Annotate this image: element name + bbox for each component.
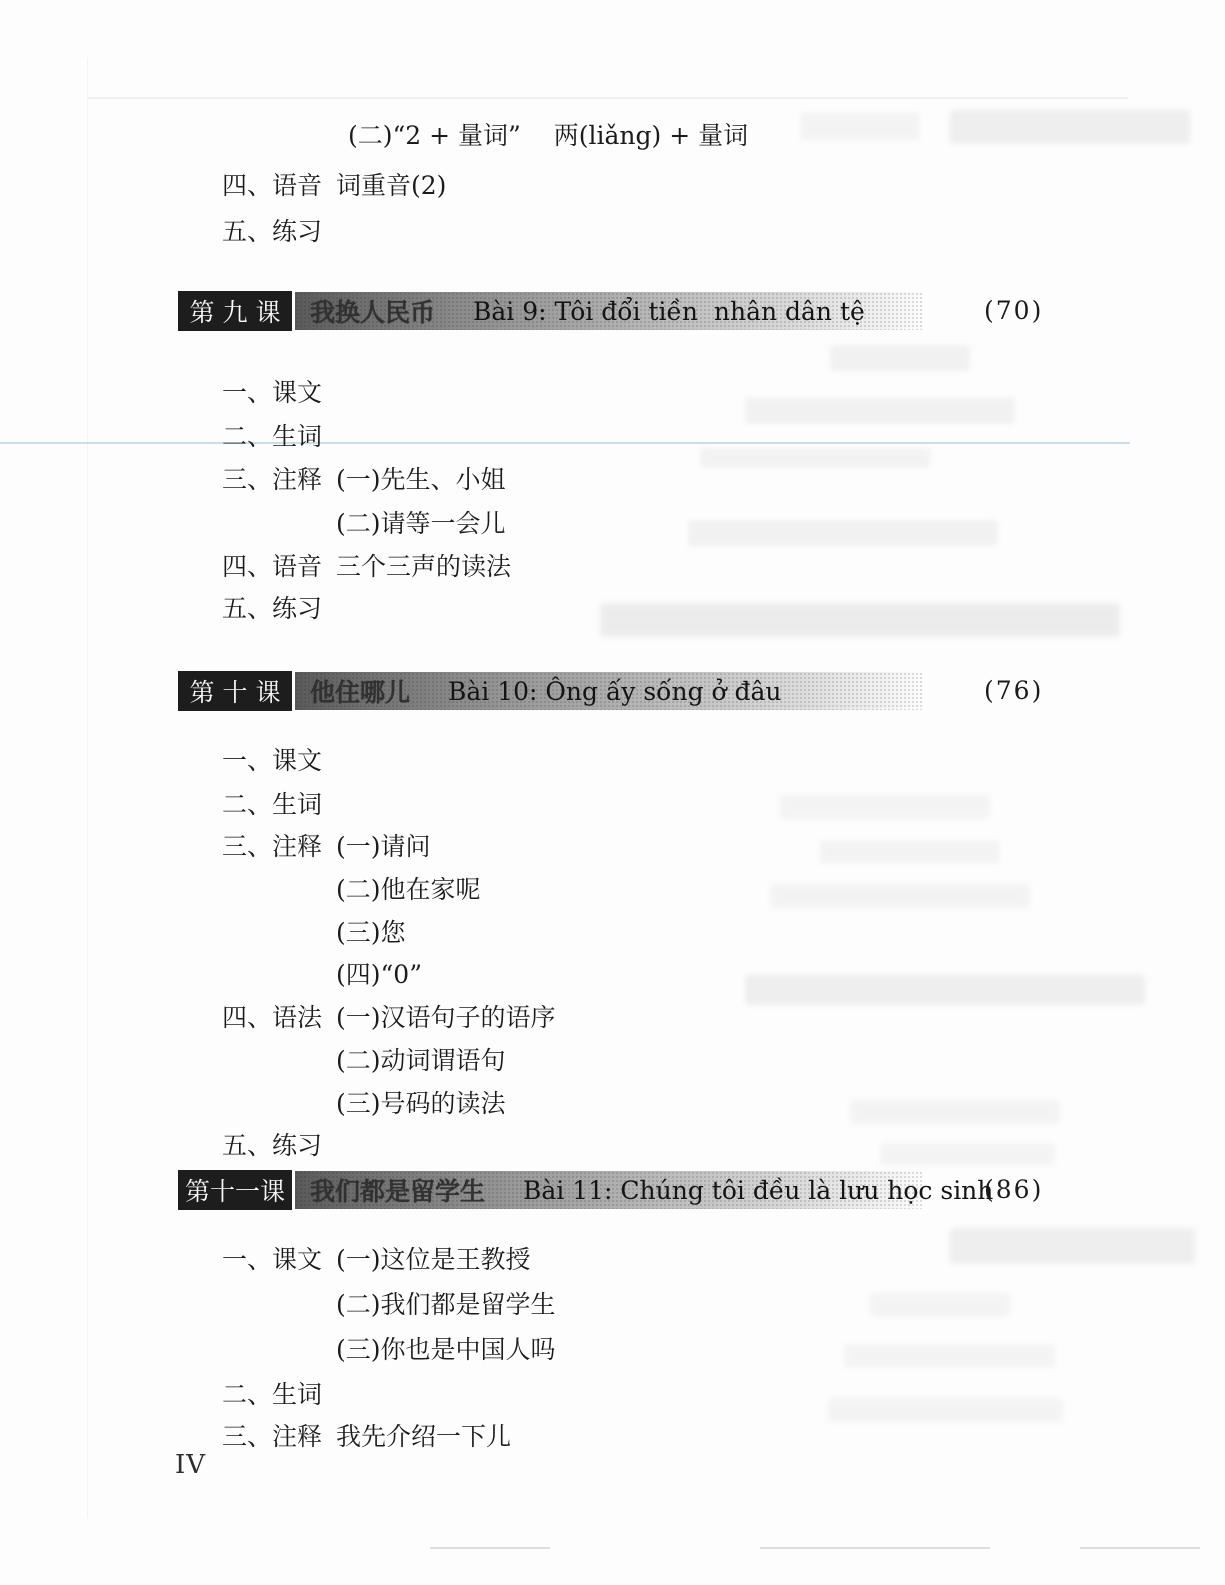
toc-row: (三)您: [0, 913, 1225, 951]
toc-item-label: 五、练习: [222, 1126, 322, 1162]
scanned-toc-page: (二)“2 + 量词” 两(liǎng) + 量词 四、语音 词重音(2) 五、…: [0, 0, 1225, 1585]
toc-item-text: (一)请问: [336, 827, 431, 863]
toc-item-text: (一)先生、小姐: [336, 460, 506, 496]
toc-item-text: 词重音(2): [336, 166, 446, 202]
toc-row: 二、生词: [0, 1375, 1225, 1413]
lesson-page-ref: (86): [984, 1170, 1043, 1210]
toc-row: (二)请等一会儿: [0, 504, 1225, 542]
toc-item-label: 四、语法: [222, 998, 322, 1034]
lesson-number-label: 第 九 课: [190, 293, 281, 329]
toc-item-label: 五、练习: [222, 212, 322, 248]
lesson-title-vietnamese: Bài 10: Ông ấy sống ở đâu: [448, 677, 782, 706]
lesson-number-label: 第 十 课: [190, 673, 281, 709]
lesson-title-chinese: 我们都是留学生: [310, 1172, 485, 1208]
toc-item-text: (二)他在家呢: [336, 870, 481, 906]
toc-item-text: 我先介绍一下儿: [336, 1417, 511, 1453]
toc-row: (二)他在家呢: [0, 870, 1225, 908]
toc-row: 三、注释 (一)请问: [0, 827, 1225, 865]
lesson-title-bar: 我换人民币 Bài 9: Tôi đổi tiền nhân dân tệ: [295, 292, 923, 330]
toc-row: 三、注释 (一)先生、小姐: [0, 460, 1225, 498]
bleed-through-smudge: [830, 345, 970, 371]
toc-item-label: 一、课文: [222, 1240, 322, 1276]
lesson-header-9: 第 九 课 我换人民币 Bài 9: Tôi đổi tiền nhân dân…: [178, 291, 1225, 331]
toc-row: (二)“2 + 量词” 两(liǎng) + 量词: [0, 116, 1225, 154]
toc-row: 五、练习: [0, 212, 1225, 250]
toc-item-text: (二)“2 + 量词” 两(liǎng) + 量词: [348, 116, 748, 152]
toc-row: (三)号码的读法: [0, 1084, 1225, 1122]
lesson-title-chinese: 我换人民币: [310, 293, 435, 329]
toc-item-label: 三、注释: [222, 1417, 322, 1453]
lesson-title-chinese: 他住哪儿: [310, 673, 410, 709]
toc-item-text: 三个三声的读法: [336, 547, 511, 583]
toc-item-label: 二、生词: [222, 417, 322, 453]
toc-row: 一、课文: [0, 373, 1225, 411]
toc-row: (二)我们都是留学生: [0, 1285, 1225, 1323]
lesson-page-ref: (76): [984, 671, 1043, 711]
toc-row: 五、练习: [0, 589, 1225, 627]
toc-item-text: (二)请等一会儿: [336, 504, 506, 540]
toc-item-text: (三)你也是中国人吗: [336, 1330, 556, 1366]
toc-item-label: 四、语音: [222, 166, 322, 202]
lesson-title-bar: 他住哪儿 Bài 10: Ông ấy sống ở đâu: [295, 672, 923, 710]
toc-row: 一、课文 (一)这位是王教授: [0, 1240, 1225, 1278]
toc-item-text: (二)我们都是留学生: [336, 1285, 556, 1321]
lesson-number-box: 第十一课: [178, 1170, 292, 1210]
toc-item-text: (一)这位是王教授: [336, 1240, 531, 1276]
toc-item-text: (三)您: [336, 913, 406, 949]
toc-row: (四)“0”: [0, 955, 1225, 993]
toc-item-label: 二、生词: [222, 1375, 322, 1411]
lesson-title-bar: 我们都是留学生 Bài 11: Chúng tôi đều là lưu học…: [295, 1171, 923, 1209]
lesson-header-10: 第 十 课 他住哪儿 Bài 10: Ông ấy sống ở đâu (76…: [178, 671, 1225, 711]
toc-item-text: (二)动词谓语句: [336, 1041, 506, 1077]
toc-row: (三)你也是中国人吗: [0, 1330, 1225, 1368]
lesson-number-box: 第 十 课: [178, 671, 292, 711]
lesson-number-box: 第 九 课: [178, 291, 292, 331]
toc-row: 二、生词: [0, 417, 1225, 455]
toc-row: 二、生词: [0, 785, 1225, 823]
lesson-number-label: 第十一课: [185, 1172, 285, 1208]
lesson-page-ref: (70): [984, 291, 1043, 331]
toc-item-label: 三、注释: [222, 827, 322, 863]
toc-row: 五、练习: [0, 1126, 1225, 1164]
page-edge-line-top: [88, 97, 1128, 99]
toc-item-label: 五、练习: [222, 589, 322, 625]
toc-item-text: (四)“0”: [336, 955, 422, 991]
toc-item-label: 三、注释: [222, 460, 322, 496]
toc-row: 四、语音 词重音(2): [0, 166, 1225, 204]
toc-row: 四、语音 三个三声的读法: [0, 547, 1225, 585]
toc-row: (二)动词谓语句: [0, 1041, 1225, 1079]
page-number: IV: [175, 1450, 206, 1480]
toc-item-label: 一、课文: [222, 741, 322, 777]
lesson-title-vietnamese: Bài 9: Tôi đổi tiền nhân dân tệ: [473, 297, 865, 326]
lesson-header-11: 第十一课 我们都是留学生 Bài 11: Chúng tôi đều là lư…: [178, 1170, 1225, 1210]
page-edge-dash-bottom: [760, 1547, 990, 1549]
lesson-title-vietnamese: Bài 11: Chúng tôi đều là lưu học sinh: [523, 1176, 993, 1205]
page-edge-dash-bottom: [1080, 1547, 1200, 1549]
toc-item-label: 一、课文: [222, 373, 322, 409]
toc-item-label: 四、语音: [222, 547, 322, 583]
toc-item-label: 二、生词: [222, 785, 322, 821]
page-edge-dash-bottom: [430, 1547, 550, 1549]
toc-item-text: (三)号码的读法: [336, 1084, 506, 1120]
toc-row: 四、语法 (一)汉语句子的语序: [0, 998, 1225, 1036]
toc-row: 一、课文: [0, 741, 1225, 779]
toc-item-text: (一)汉语句子的语序: [336, 998, 556, 1034]
